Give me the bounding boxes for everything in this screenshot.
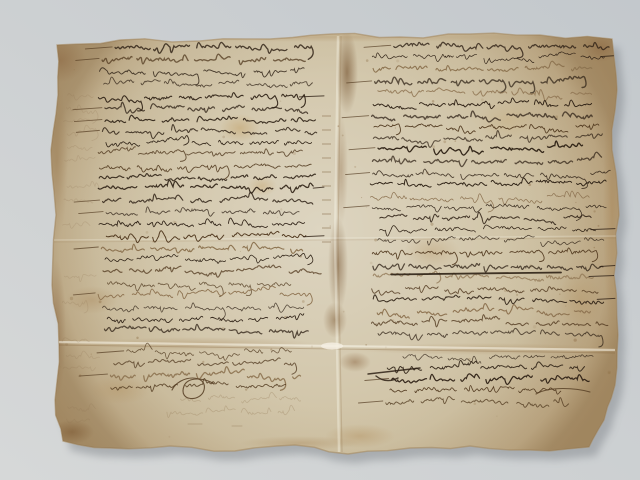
paper-surface-details [30,20,630,470]
manuscript-photo-canvas [0,0,640,480]
manuscript-photo [0,0,640,480]
